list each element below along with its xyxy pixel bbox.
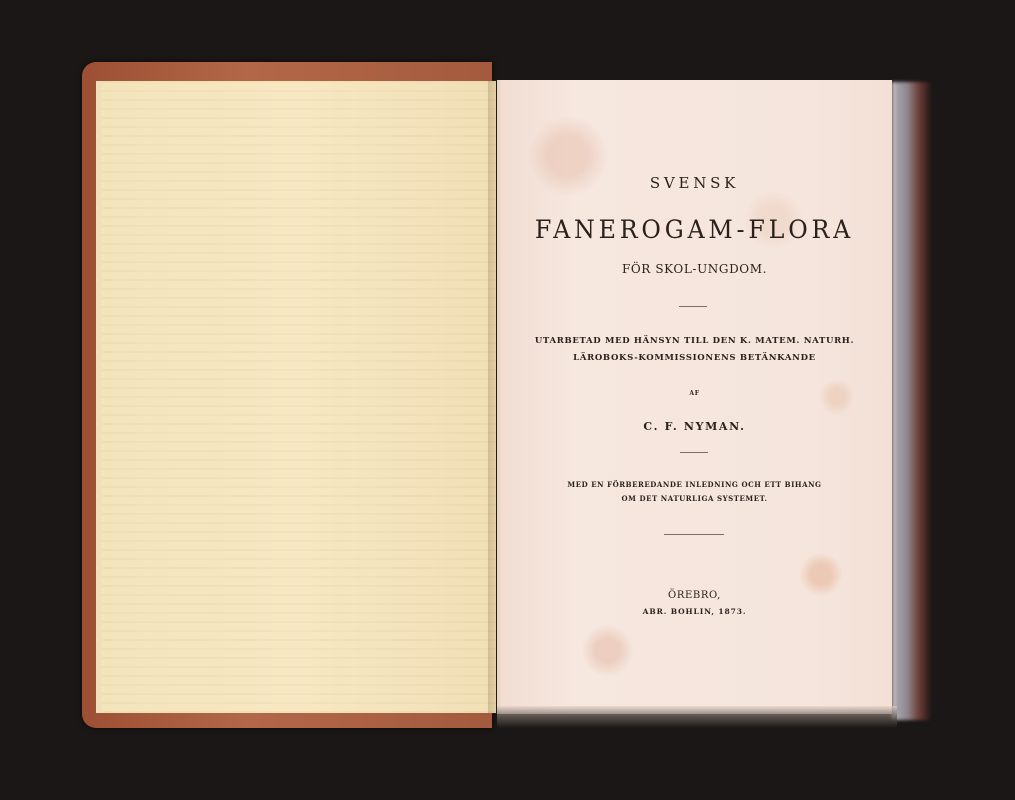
divider-rule: [664, 534, 724, 535]
by-label: AF: [497, 390, 892, 397]
pre-title: SVENSK: [497, 174, 892, 192]
divider-rule: [680, 452, 708, 453]
divider-rule: [679, 306, 707, 307]
description-line-1: UTARBETAD MED HÄNSYN TILL DEN K. MATEM. …: [497, 336, 892, 346]
book-title: FANEROGAM-FLORA: [507, 215, 882, 244]
title-page: SVENSK FANEROGAM-FLORA FÖR SKOL-UNGDOM. …: [497, 80, 892, 714]
spine-gutter: [488, 80, 502, 714]
description-line-2: LÄROBOKS-KOMMISSIONENS BETÄNKANDE: [497, 353, 892, 363]
author-name: C. F. NYMAN.: [497, 420, 892, 433]
page-fore-edge: [892, 82, 930, 720]
page-bottom-shadow: [497, 706, 897, 728]
publisher-year: ABR. BOHLIN, 1873.: [497, 607, 892, 616]
publication-place: ÖREBRO,: [497, 590, 892, 601]
subtitle: FÖR SKOL-UNGDOM.: [497, 262, 892, 276]
supplement-line-2: OM DET NATURLIGA SYSTEMET.: [497, 494, 892, 503]
supplement-line-1: MED EN FÖRBEREDANDE INLEDNING OCH ETT BI…: [497, 480, 892, 489]
endpaper-left-page: [96, 81, 496, 713]
